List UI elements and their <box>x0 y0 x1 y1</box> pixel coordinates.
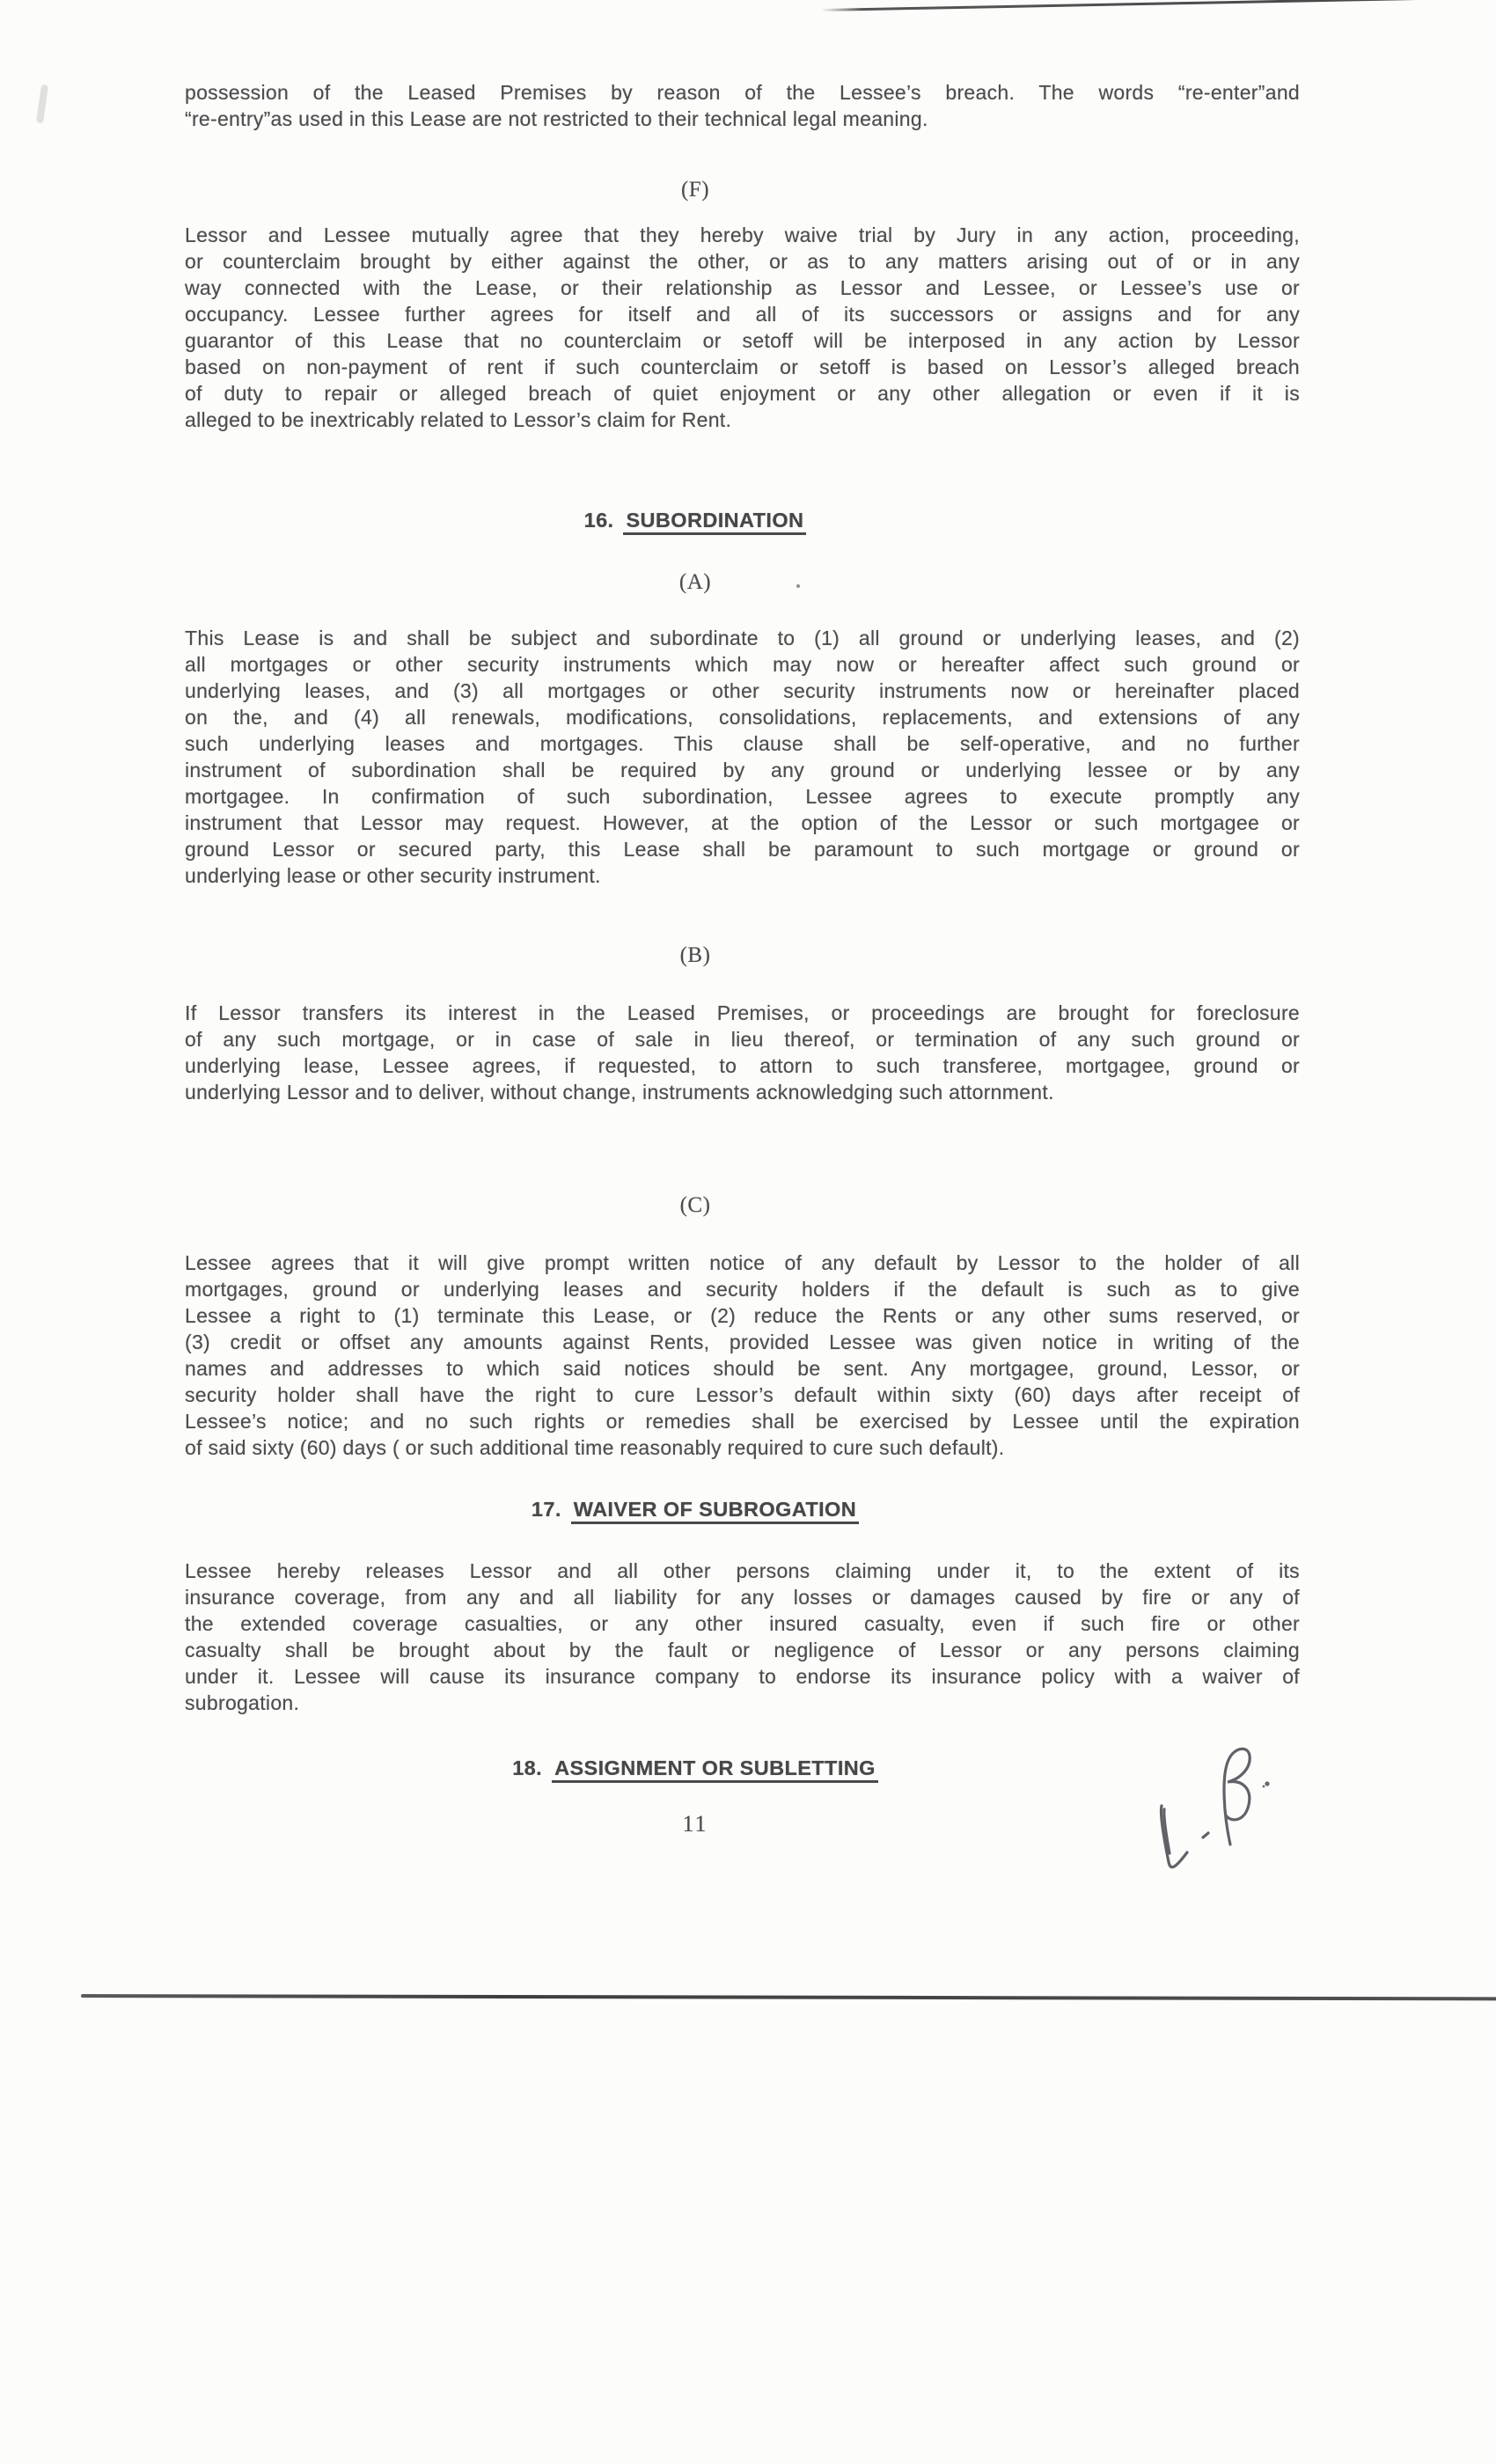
body-line: all mortgages or other security instrume… <box>185 651 1300 678</box>
initial-B-stroke <box>1224 1749 1250 1844</box>
heading-title: ASSIGNMENT OR SUBLETTING <box>552 1756 878 1783</box>
body-line: “re-entry”as used in this Lease are not … <box>185 106 1300 132</box>
body-line: way connected with the Lease, or their r… <box>185 275 1300 301</box>
paragraph-a: This Lease is and shall be subject and s… <box>185 625 1300 889</box>
paragraph-intro: possession of the Leased Premises by rea… <box>185 79 1300 132</box>
scanned-lease-page: possession of the Leased Premises by rea… <box>0 0 1496 2464</box>
body-line: based on non-payment of rent if such cou… <box>185 354 1300 380</box>
handwritten-initials <box>1126 1735 1299 1899</box>
section-label-b: (B) <box>0 943 1390 968</box>
body-line: This Lease is and shall be subject and s… <box>185 625 1300 651</box>
body-line: occupancy. Lessee further agrees for its… <box>185 301 1300 327</box>
body-line: under it. Lessee will cause its insuranc… <box>185 1663 1300 1690</box>
body-line: Lessee agrees that it will give prompt w… <box>185 1250 1300 1276</box>
paragraph-17: Lessee hereby releases Lessor and all ot… <box>185 1558 1300 1716</box>
section-label-c: (C) <box>0 1193 1390 1218</box>
scan-smudge <box>36 84 48 124</box>
body-line: Lessee’s notice; and no such rights or r… <box>185 1408 1300 1434</box>
heading-number: 18. <box>512 1756 542 1779</box>
body-line: mortgagee. In confirmation of such subor… <box>185 783 1300 810</box>
scan-artifact-bottom-edge <box>81 1994 1496 2000</box>
section-label-f: (F) <box>0 178 1390 202</box>
body-line: underlying lease or other security instr… <box>185 862 1300 889</box>
body-line: instrument of subordination shall be req… <box>185 757 1300 783</box>
paragraph-f: Lessor and Lessee mutually agree that th… <box>185 222 1300 433</box>
body-line: of said sixty (60) days ( or such additi… <box>185 1434 1300 1461</box>
heading-number: 16. <box>584 509 614 532</box>
body-line: Lessee hereby releases Lessor and all ot… <box>185 1558 1300 1584</box>
body-line: casualty shall be brought about by the f… <box>185 1637 1300 1663</box>
body-line: Lessee a right to (1) terminate this Lea… <box>185 1302 1300 1329</box>
paragraph-c: Lessee agrees that it will give prompt w… <box>185 1250 1300 1461</box>
body-line: such underlying leases and mortgages. Th… <box>185 730 1300 757</box>
scan-artifact-top-edge <box>821 0 1496 11</box>
body-line: underlying Lessor and to deliver, withou… <box>185 1079 1300 1105</box>
section-label-a: (A) <box>0 570 1390 595</box>
body-line: mortgages, ground or underlying leases a… <box>185 1276 1300 1302</box>
body-line: names and addresses to which said notice… <box>185 1355 1300 1382</box>
body-line: ground Lessor or secured party, this Lea… <box>185 836 1300 862</box>
body-line: Lessor and Lessee mutually agree that th… <box>185 222 1300 248</box>
body-line: on the, and (4) all renewals, modificati… <box>185 704 1300 730</box>
body-line: security holder shall have the right to … <box>185 1382 1300 1408</box>
paragraph-b: If Lessor transfers its interest in the … <box>185 1000 1300 1105</box>
body-line: insurance coverage, from any and all lia… <box>185 1584 1300 1610</box>
body-line: subrogation. <box>185 1690 1300 1716</box>
ink-dot <box>1263 1786 1265 1788</box>
body-line: underlying lease, Lessee agrees, if requ… <box>185 1052 1300 1079</box>
heading-subordination: 16.SUBORDINATION <box>0 509 1390 532</box>
body-line: underlying leases, and (3) all mortgages… <box>185 678 1300 704</box>
body-line: If Lessor transfers its interest in the … <box>185 1000 1300 1026</box>
body-line: possession of the Leased Premises by rea… <box>185 79 1300 106</box>
body-line: of any such mortgage, or in case of sale… <box>185 1026 1300 1052</box>
heading-number: 17. <box>532 1498 561 1521</box>
body-line: alleged to be inextricably related to Le… <box>185 407 1300 433</box>
body-line: instrument that Lessor may request. Howe… <box>185 810 1300 836</box>
body-line: (3) credit or offset any amounts against… <box>185 1329 1300 1355</box>
body-line: the extended coverage casualties, or any… <box>185 1610 1300 1637</box>
ink-speck <box>796 584 800 588</box>
body-line: of duty to repair or alleged breach of q… <box>185 380 1300 407</box>
body-line: or counterclaim brought by either agains… <box>185 248 1300 275</box>
heading-title: SUBORDINATION <box>623 509 806 535</box>
ink-dot <box>1265 1781 1269 1786</box>
ink-tick <box>1203 1833 1208 1837</box>
heading-title: WAIVER OF SUBROGATION <box>571 1498 859 1524</box>
heading-waiver-of-subrogation: 17.WAIVER OF SUBROGATION <box>0 1498 1390 1522</box>
body-line: guarantor of this Lease that no counterc… <box>185 327 1300 354</box>
